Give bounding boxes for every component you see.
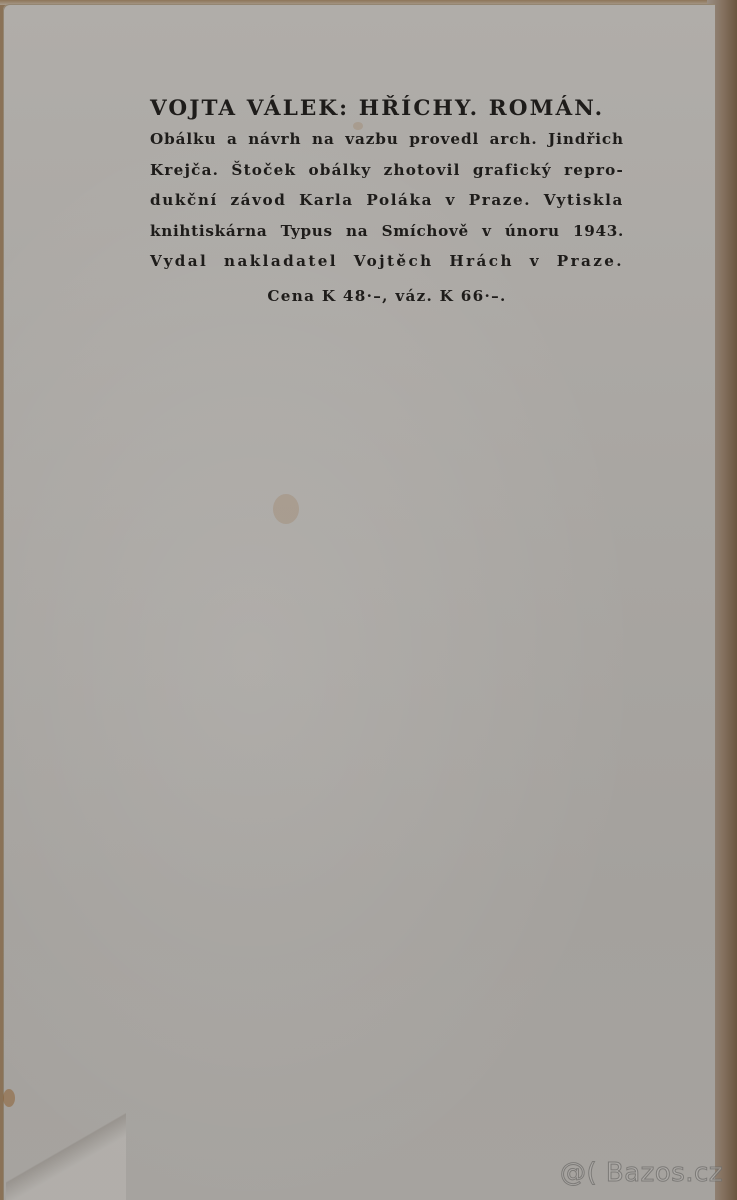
paper-stain (3, 1089, 15, 1107)
colophon-title: VOJTA VÁLEK: HŘÍCHY. ROMÁN. (150, 94, 624, 124)
colophon-line: Vydal nakladatel Vojtěch Hrách v Praze. (150, 246, 624, 277)
colophon-line: knihtiskárna Typus na Smíchově v únoru 1… (150, 216, 624, 247)
book-page-photo: VOJTA VÁLEK: HŘÍCHY. ROMÁN. Obálku a náv… (0, 0, 737, 1200)
colophon-line: Obálku a návrh na vazbu provedl arch. Ji… (150, 124, 624, 155)
colophon: VOJTA VÁLEK: HŘÍCHY. ROMÁN. Obálku a náv… (150, 94, 624, 311)
colophon-price: Cena K 48·–, váz. K 66·–. (150, 281, 624, 312)
page-corner-fold (6, 1110, 126, 1200)
bazos-watermark: @( Bazos.cz (560, 1158, 723, 1188)
colophon-line: dukční závod Karla Poláka v Praze. Vytis… (150, 185, 624, 216)
paper-stain (273, 494, 299, 524)
colophon-line: Krejča. Štoček obálky zhotovil grafický … (150, 155, 624, 186)
